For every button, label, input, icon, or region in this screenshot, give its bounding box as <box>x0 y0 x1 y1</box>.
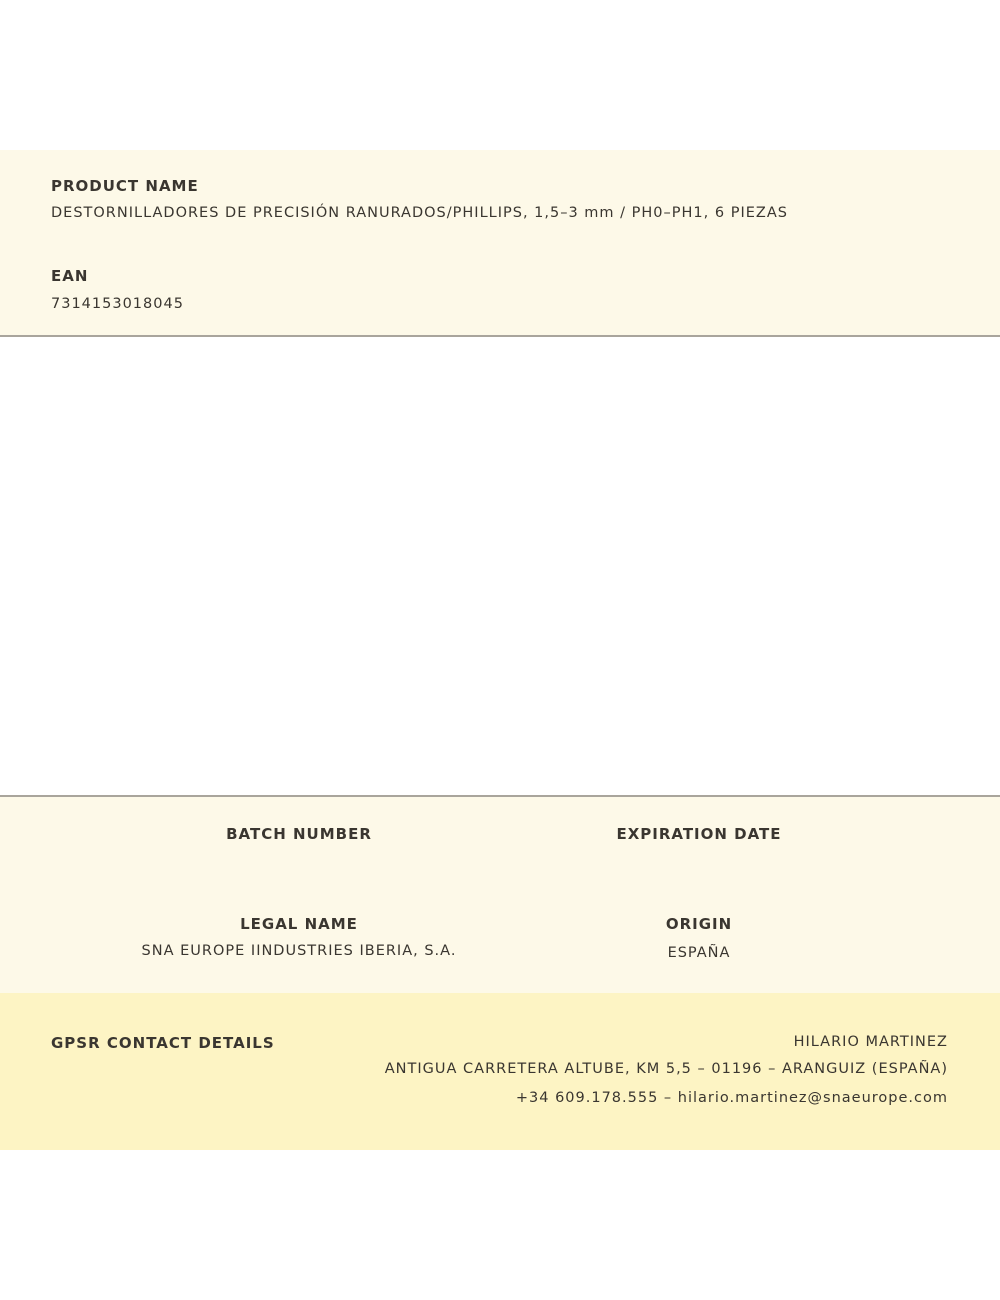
contact-name: HILARIO MARTINEZ <box>794 1034 948 1050</box>
origin-value: ESPAÑA <box>668 945 731 961</box>
legal-name-label: LEGAL NAME <box>240 915 358 933</box>
ean-label: EAN <box>51 267 88 285</box>
product-info-section: PRODUCT NAME DESTORNILLADORES DE PRECISI… <box>0 150 1000 337</box>
contact-phone-email: +34 609.178.555 – hilario.martinez@snaeu… <box>516 1090 948 1106</box>
origin-label: ORIGIN <box>666 915 732 933</box>
gpsr-contact-label: GPSR CONTACT DETAILS <box>51 1034 275 1052</box>
batch-number-label: BATCH NUMBER <box>226 825 372 843</box>
contact-address: ANTIGUA CARRETERA ALTUBE, KM 5,5 – 01196… <box>385 1061 948 1077</box>
expiration-date-label: EXPIRATION DATE <box>616 825 781 843</box>
gpsr-contact-section: GPSR CONTACT DETAILS HILARIO MARTINEZ AN… <box>0 993 1000 1150</box>
ean-value: 7314153018045 <box>51 296 184 312</box>
product-name-label: PRODUCT NAME <box>51 177 199 195</box>
product-name-value: DESTORNILLADORES DE PRECISIÓN RANURADOS/… <box>51 205 788 221</box>
product-details-section: BATCH NUMBER EXPIRATION DATE LEGAL NAME … <box>0 795 1000 995</box>
legal-name-value: SNA EUROPE IINDUSTRIES IBERIA, S.A. <box>142 943 457 959</box>
